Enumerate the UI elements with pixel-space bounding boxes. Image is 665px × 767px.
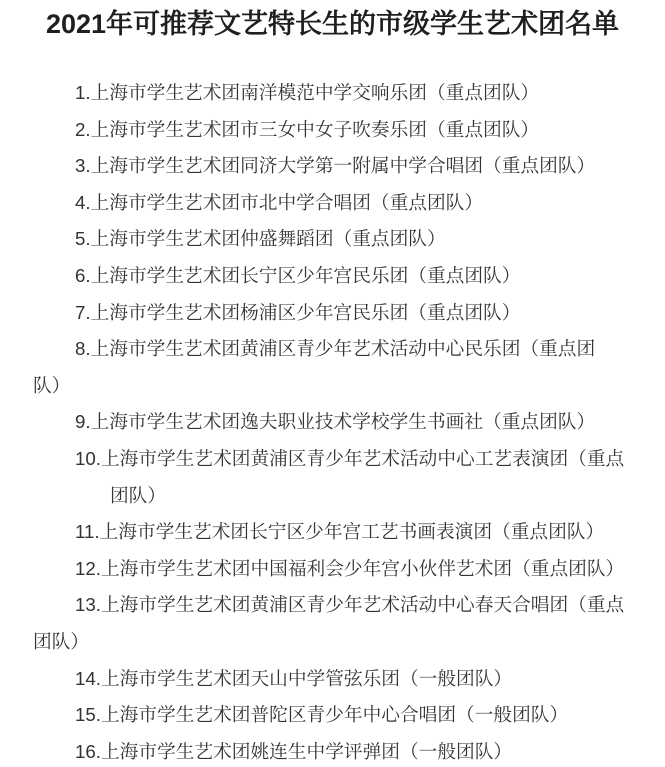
list-item-5: 5.上海市学生艺术团仲盛舞蹈团（重点团队） [33,221,647,258]
list-item-line: 9.上海市学生艺术团逸夫职业技术学校学生书画社（重点团队） [33,404,647,441]
list-item-line: 12.上海市学生艺术团中国福利会少年宫小伙伴艺术团（重点团队） [33,551,647,588]
list-item-line: 2.上海市学生艺术团市三女中女子吹奏乐团（重点团队） [33,112,647,149]
list-item-14: 14.上海市学生艺术团天山中学管弦乐团（一般团队） [33,661,647,698]
list-item-2: 2.上海市学生艺术团市三女中女子吹奏乐团（重点团队） [33,112,647,149]
list-item-16: 16.上海市学生艺术团姚连生中学评弹团（一般团队） [33,734,647,767]
list-item-line: 8.上海市学生艺术团黄浦区青少年艺术活动中心民乐团（重点团 [33,331,647,368]
list-item-line: 5.上海市学生艺术团仲盛舞蹈团（重点团队） [33,221,647,258]
list-item-line: 6.上海市学生艺术团长宁区少年宫民乐团（重点团队） [33,258,647,295]
list-item-line: 4.上海市学生艺术团市北中学合唱团（重点团队） [33,185,647,222]
list-item-line: 团队） [33,624,647,661]
list-item-3: 3.上海市学生艺术团同济大学第一附属中学合唱团（重点团队） [33,148,647,185]
page-title: 2021年可推荐文艺特长生的市级学生艺术团名单 [0,0,665,40]
list-item-line: 15.上海市学生艺术团普陀区青少年中心合唱团（一般团队） [33,697,647,734]
list-item-9: 9.上海市学生艺术团逸夫职业技术学校学生书画社（重点团队） [33,404,647,441]
team-list: 1.上海市学生艺术团南洋模范中学交响乐团（重点团队） 2.上海市学生艺术团市三女… [33,75,647,767]
list-item-line: 队） [33,368,647,405]
list-item-12: 12.上海市学生艺术团中国福利会少年宫小伙伴艺术团（重点团队） [33,551,647,588]
list-item-6: 6.上海市学生艺术团长宁区少年宫民乐团（重点团队） [33,258,647,295]
list-item-line: 14.上海市学生艺术团天山中学管弦乐团（一般团队） [33,661,647,698]
list-item-15: 15.上海市学生艺术团普陀区青少年中心合唱团（一般团队） [33,697,647,734]
list-item-10: 10.上海市学生艺术团黄浦区青少年艺术活动中心工艺表演团（重点 团队） [33,441,647,514]
list-item-7: 7.上海市学生艺术团杨浦区少年宫民乐团（重点团队） [33,295,647,332]
list-item-8: 8.上海市学生艺术团黄浦区青少年艺术活动中心民乐团（重点团 队） [33,331,647,404]
list-item-line: 11.上海市学生艺术团长宁区少年宫工艺书画表演团（重点团队） [33,514,647,551]
list-item-line: 16.上海市学生艺术团姚连生中学评弹团（一般团队） [33,734,647,767]
list-item-13: 13.上海市学生艺术团黄浦区青少年艺术活动中心春天合唱团（重点 团队） [33,587,647,660]
document-page: 2021年可推荐文艺特长生的市级学生艺术团名单 1.上海市学生艺术团南洋模范中学… [0,0,665,767]
list-item-line: 7.上海市学生艺术团杨浦区少年宫民乐团（重点团队） [33,295,647,332]
list-item-line: 1.上海市学生艺术团南洋模范中学交响乐团（重点团队） [33,75,647,112]
list-item-line: 团队） [33,478,647,515]
list-item-line: 3.上海市学生艺术团同济大学第一附属中学合唱团（重点团队） [33,148,647,185]
list-item-line: 13.上海市学生艺术团黄浦区青少年艺术活动中心春天合唱团（重点 [33,587,647,624]
list-item-4: 4.上海市学生艺术团市北中学合唱团（重点团队） [33,185,647,222]
list-item-line: 10.上海市学生艺术团黄浦区青少年艺术活动中心工艺表演团（重点 [33,441,647,478]
list-item-11: 11.上海市学生艺术团长宁区少年宫工艺书画表演团（重点团队） [33,514,647,551]
list-item-1: 1.上海市学生艺术团南洋模范中学交响乐团（重点团队） [33,75,647,112]
